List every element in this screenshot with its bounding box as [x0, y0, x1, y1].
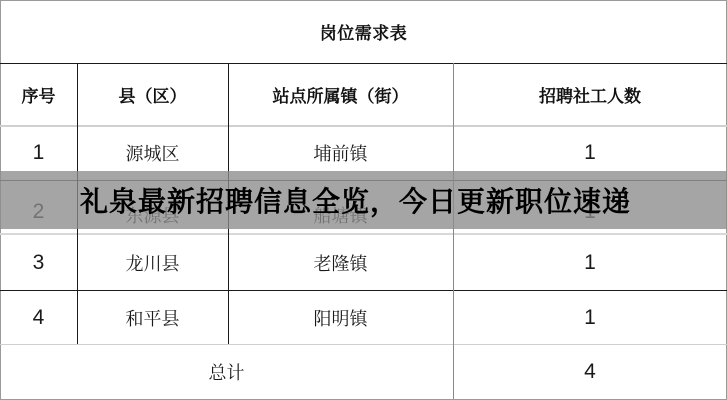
- table-row-3-count: 1: [453, 235, 727, 290]
- table-row-3-no: 3: [0, 235, 77, 290]
- headline-text: 礼泉最新招聘信息全览，今日更新职位速递: [80, 171, 631, 229]
- total-value: 4: [453, 345, 727, 399]
- table-row-4-county: 和平县: [77, 291, 228, 344]
- header-town: 站点所属镇（街）: [228, 63, 453, 125]
- total-label: 总计: [0, 345, 453, 399]
- header-county: 县（区）: [77, 63, 228, 125]
- table-row-4-town: 阳明镇: [228, 291, 453, 344]
- table-title: 岗位需求表: [0, 0, 727, 63]
- header-count: 招聘社工人数: [453, 63, 727, 125]
- table-row-3-town: 老隆镇: [228, 235, 453, 290]
- table-row-4-count: 1: [453, 291, 727, 344]
- table-row-4-no: 4: [0, 291, 77, 344]
- table-row-3-county: 龙川县: [77, 235, 228, 290]
- header-no: 序号: [0, 63, 77, 125]
